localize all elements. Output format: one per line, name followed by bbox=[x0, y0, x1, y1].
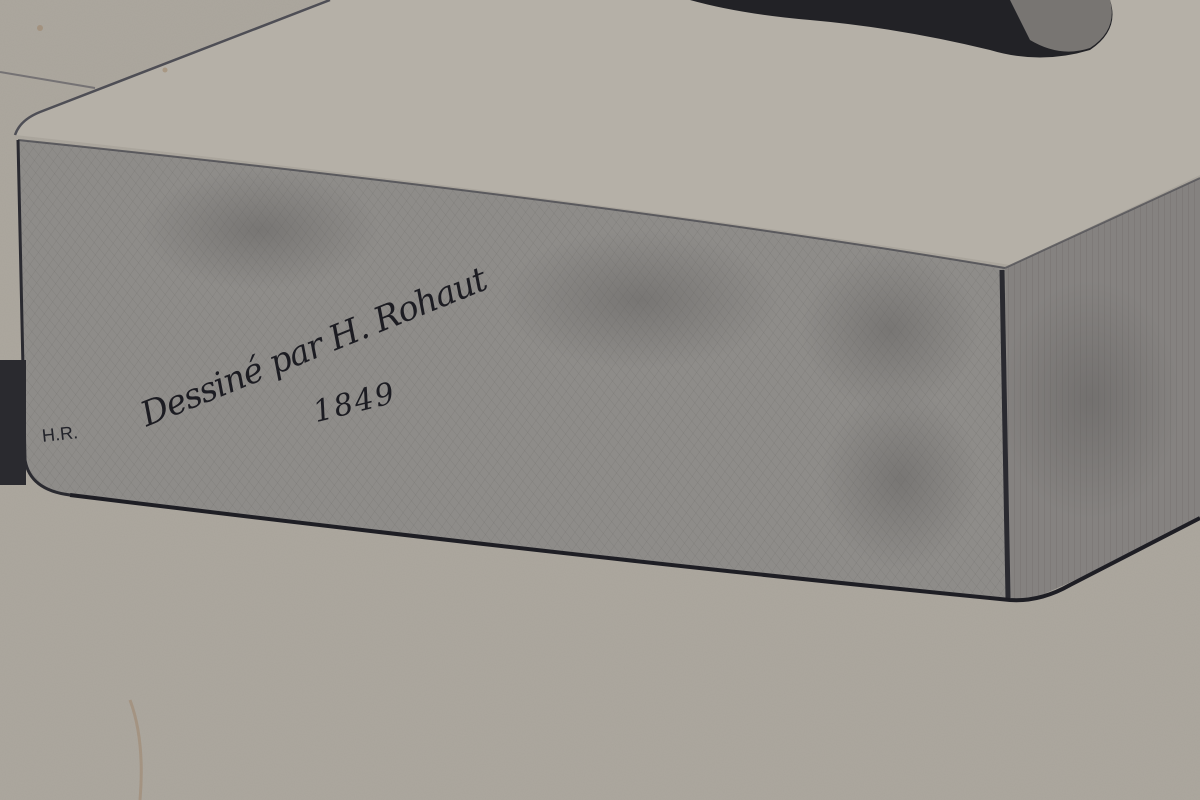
left-dark-patch bbox=[0, 360, 26, 485]
artist-initials: H.R. bbox=[41, 422, 79, 447]
drawing-photo: Dessiné par H. Rohaut 1849 H.R. bbox=[0, 0, 1200, 800]
